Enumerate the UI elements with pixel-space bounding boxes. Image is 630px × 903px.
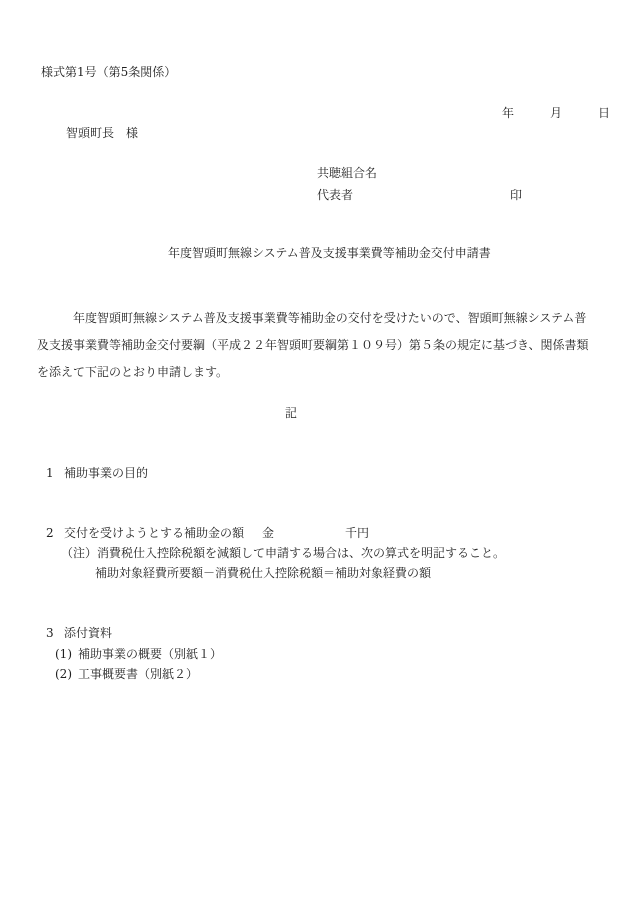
document-title: 年度智頭町無線システム普及支援事業費等補助金交付申請書 — [168, 246, 491, 261]
ki-marker: 記 — [285, 406, 297, 421]
item-3-heading: 3 添付資料 — [0, 626, 630, 641]
attachment-row: (2) 工事概要書（別紙２） — [0, 667, 630, 682]
item-2-note: （注）消費税仕入控除税額を減額して申請する場合は、次の算式を明記すること。 — [61, 546, 505, 561]
item-2-number: 2 — [46, 526, 54, 541]
attachment-1-label: 補助事業の概要（別紙１） — [78, 647, 222, 662]
association-name-label: 共聴組合名 — [317, 166, 377, 181]
item-1-heading: 1 補助事業の目的 — [0, 466, 630, 481]
item-1-label: 補助事業の目的 — [64, 466, 148, 481]
form-number: 様式第1号（第5条関係） — [41, 65, 176, 80]
body-paragraph-line-2: 及支援事業費等補助金交付要綱（平成２２年智頭町要綱第１０９号）第５条の規定に基づ… — [37, 332, 597, 359]
attachment-2-label: 工事概要書（別紙２） — [78, 667, 198, 682]
addressee-line: 智頭町長 様 — [66, 126, 138, 141]
application-form-page: 様式第1号（第5条関係） 年 月 日 智頭町長 様 共聴組合名 代表者 印 年度… — [0, 0, 630, 903]
item-3-number: 3 — [46, 626, 54, 641]
item-2-heading: 2 交付を受けようとする補助金の額 金 千円 — [0, 526, 630, 541]
amount-unit-label: 千円 — [345, 526, 369, 541]
body-paragraph-line-1: 年度智頭町無線システム普及支援事業費等補助金の交付を受けたいので、智頭町無線シス… — [37, 305, 597, 332]
attachment-2-number: (2) — [55, 667, 72, 682]
item-3-label: 添付資料 — [64, 626, 112, 641]
seal-mark: 印 — [510, 188, 522, 203]
attachment-1-number: (1) — [55, 647, 72, 662]
representative-label: 代表者 — [317, 188, 353, 203]
item-2-formula: 補助対象経費所要額－消費税仕入控除税額＝補助対象経費の額 — [95, 566, 431, 581]
amount-prefix-label: 金 — [262, 526, 274, 541]
item-1-number: 1 — [46, 466, 54, 481]
item-2-label: 交付を受けようとする補助金の額 — [64, 526, 244, 541]
body-paragraph-line-3: を添えて下記のとおり申請します。 — [37, 359, 597, 386]
representative-line: 代表者 印 — [0, 188, 630, 203]
attachment-row: (1) 補助事業の概要（別紙１） — [0, 647, 630, 662]
date-line: 年 月 日 — [502, 106, 610, 121]
body-paragraph: 年度智頭町無線システム普及支援事業費等補助金の交付を受けたいので、智頭町無線シス… — [37, 305, 597, 386]
